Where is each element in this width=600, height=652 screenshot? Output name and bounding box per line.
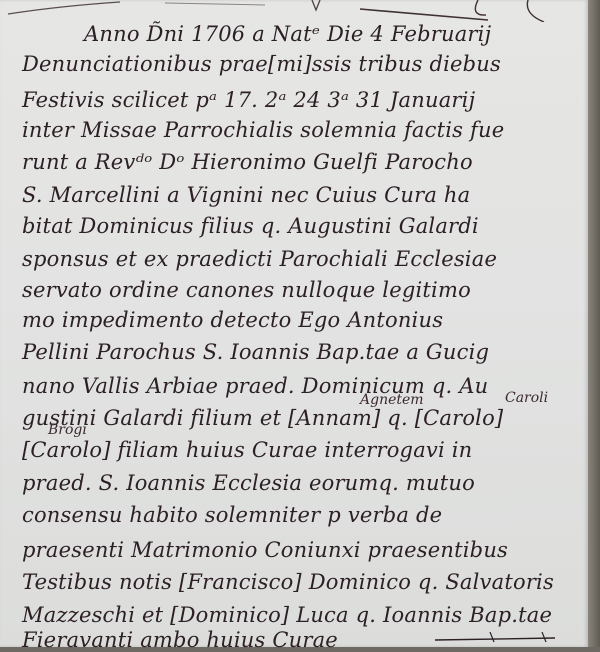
manuscript-line-7: bitat Dominicus filius q. Augustini Gala… <box>22 214 479 238</box>
manuscript-line-19: Mazzeschi et [Dominico] Luca q. Ioannis … <box>22 603 552 627</box>
manuscript-line-20: Fieravanti ambo huius Curae <box>22 628 338 647</box>
manuscript-line-3: Festivis scilicet pᵃ 17. 2ᵃ 24 3ᵃ 31 Jan… <box>22 88 475 112</box>
manuscript-line-8: sponsus et ex praedicti Parochiali Eccle… <box>22 247 497 271</box>
closing-flourish <box>430 632 570 647</box>
manuscript-line-15: praed. S. Ioannis Ecclesia eorumq. mutuo <box>22 471 475 495</box>
binding-edge <box>588 0 600 647</box>
interlinear-insertion-brogi: Brogi <box>48 422 87 438</box>
manuscript-line-13: gustini Galardi filium et [Annam] q. [Ca… <box>22 406 503 430</box>
manuscript-line-10: mo impedimento detecto Ego Antonius <box>22 308 443 332</box>
manuscript-line-4: inter Missae Parrochialis solemnia facti… <box>22 118 504 142</box>
entry-heading-date: Anno D̃ni 1706 a Natᵉ Die 4 Februarij <box>84 22 491 46</box>
manuscript-line-9: servato ordine canones nulloque legitimo <box>22 278 471 302</box>
manuscript-page: Anno D̃ni 1706 a Natᵉ Die 4 Februarij De… <box>0 0 588 647</box>
interlinear-insertion-caroli: Caroli <box>505 390 548 406</box>
top-edge-marks <box>0 0 588 22</box>
manuscript-line-16: consensu habito solemniter p verba de <box>22 503 442 527</box>
manuscript-line-14: [Carolo] filiam huius Curae interrogavi … <box>22 438 472 462</box>
manuscript-line-18: Testibus notis [Francisco] Dominico q. S… <box>22 570 554 594</box>
manuscript-line-5: runt a Revᵈᵒ Dᵒ Hieronimo Guelfi Parocho <box>22 150 473 174</box>
manuscript-line-6: S. Marcellini a Vignini nec Cuius Cura h… <box>22 183 470 207</box>
manuscript-line-11: Pellini Parochus S. Ioannis Bap.tae a Gu… <box>22 340 489 364</box>
manuscript-line-2: Denunciationibus prae[mi]ssis tribus die… <box>22 52 501 76</box>
manuscript-line-17: praesenti Matrimonio Coniunxi praesentib… <box>22 538 508 562</box>
